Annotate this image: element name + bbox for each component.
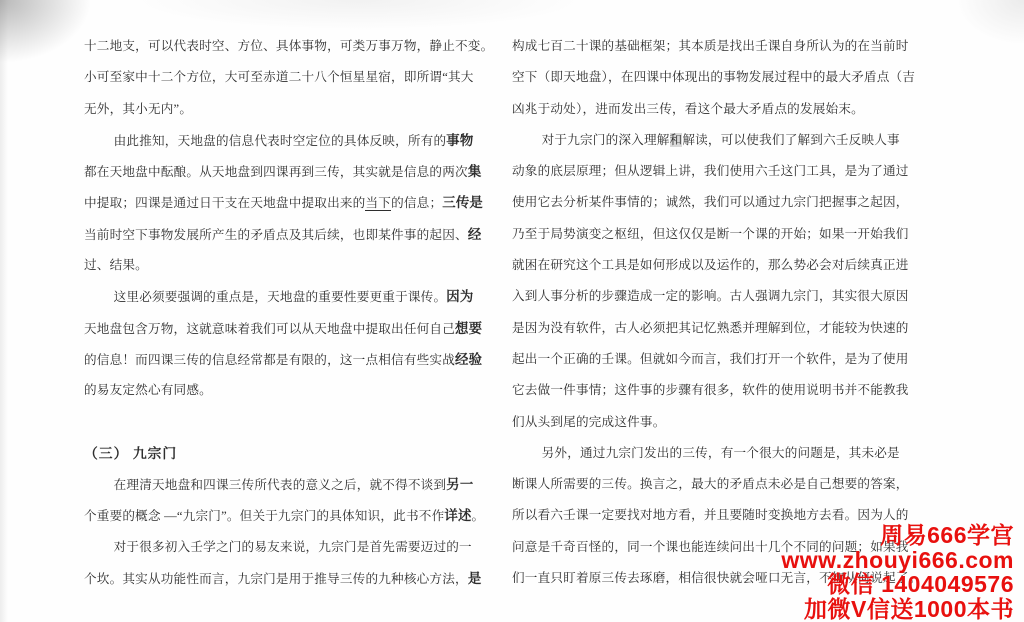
text-line: 十二地支，可以代表时空、方位、具体事物，可类万事万物，静止不变。 <box>84 31 488 62</box>
text-line: 凶兆于动处），进而发出三传，看这个最大矛盾点的发展始末。 <box>512 94 918 125</box>
watermark-site-url: www.zhouyi666.com <box>781 548 1014 573</box>
text-line: 使用它去分析某件事情的；诚然，我们可以通过九宗门把握事之起因， <box>512 187 918 218</box>
text-line: 天地盘包含万物，这就意味着我们可以从天地盘中提取出任何自己想要 <box>84 313 488 344</box>
watermark-wechat-id: 微信 1404049576 <box>781 572 1014 597</box>
text-line: 空下（即天地盘），在四课中体现出的事物发展过程中的最大矛盾点（吉 <box>512 62 918 93</box>
scanned-book-page: 十二地支，可以代表时空、方位、具体事物，可类万事万物，静止不变。小可至家中十二个… <box>0 0 1024 622</box>
text-line: 起出一个正确的壬课。但就如今而言，我们打开一个软件，是为了使用 <box>512 344 918 375</box>
text-line <box>84 407 488 438</box>
watermark-promo-text: 加微V信送1000本书 <box>781 597 1014 622</box>
text-line: 入到人事分析的步骤造成一定的影响。古人强调九宗门，其实很大原因 <box>512 281 918 312</box>
text-line: 的易友定然心有同感。 <box>84 375 488 406</box>
text-line: （三） 九宗门 <box>84 438 488 469</box>
text-line: 乃至于局势演变之枢纽，但这仅仅是断一个课的开始；如果一开始我们 <box>512 219 918 250</box>
text-line: 在理清天地盘和四课三传所代表的意义之后，就不得不谈到另一 <box>84 469 488 500</box>
watermark-site-name: 周易666学宫 <box>781 523 1014 548</box>
text-line: 当前时空下事物发展所产生的矛盾点及其后续，也即某件事的起因、经 <box>84 219 488 250</box>
text-line: 就困在研究这个工具是如何形成以及运作的，那么势必会对后续真正进 <box>512 250 918 281</box>
text-line: 无外，其小无内”。 <box>84 94 488 125</box>
text-line: 另外，通过九宗门发出的三传，有一个很大的问题是，其未必是 <box>512 438 918 469</box>
text-line: 构成七百二十课的基础框架；其本质是找出壬课自身所认为的在当前时 <box>512 31 918 62</box>
text-line: 是因为没有软件，古人必须把其记忆熟悉并理解到位，才能较为快速的 <box>512 313 918 344</box>
text-line: 们从头到尾的完成这件事。 <box>512 407 918 438</box>
text-line: 这里必须要强调的重点是，天地盘的重要性要更重于课传。因为 <box>84 281 488 312</box>
right-text-column: 构成七百二十课的基础框架；其本质是找出壬课自身所认为的在当前时空下（即天地盘），… <box>512 31 918 594</box>
text-line: 由此推知，天地盘的信息代表时空定位的具体反映，所有的事物 <box>84 125 488 156</box>
text-line: 它去做一件事情；这件事的步骤有很多，软件的使用说明书并不能教我 <box>512 375 918 406</box>
text-line: 的信息！而四课三传的信息经常都是有限的，这一点相信有些实战经验 <box>84 344 488 375</box>
text-line: 动象的底层原理；但从逻辑上讲，我们使用六壬这门工具，是为了通过 <box>512 156 918 187</box>
text-line: 对于很多初入壬学之门的易友来说，九宗门是首先需要迈过的一 <box>84 532 488 563</box>
text-line: 小可至家中十二个方位，大可至赤道二十八个恒星星宿，即所谓“其大 <box>84 62 488 93</box>
text-line: 对于九宗门的深入理解和解读，可以使我们了解到六壬反映人事 <box>512 125 918 156</box>
text-line: 都在天地盘中酝酿。从天地盘到四课再到三传，其实就是信息的两次集 <box>84 156 488 187</box>
text-line: 过、结果。 <box>84 250 488 281</box>
text-line: 断课人所需要的三传。换言之，最大的矛盾点未必是自己想要的答案， <box>512 469 918 500</box>
seller-watermark: 周易666学宫 www.zhouyi666.com 微信 1404049576 … <box>781 523 1014 621</box>
text-line: 中提取；四课是通过日干支在天地盘中提取出来的当下的信息；三传是 <box>84 187 488 218</box>
text-line: 个重要的概念 —“九宗门”。但关于九宗门的具体知识，此书不作详述。 <box>84 500 488 531</box>
left-text-column: 十二地支，可以代表时空、方位、具体事物，可类万事万物，静止不变。小可至家中十二个… <box>84 31 488 594</box>
text-line: 个坎。其实从功能性而言，九宗门是用于推导三传的九种核心方法，是 <box>84 563 488 594</box>
